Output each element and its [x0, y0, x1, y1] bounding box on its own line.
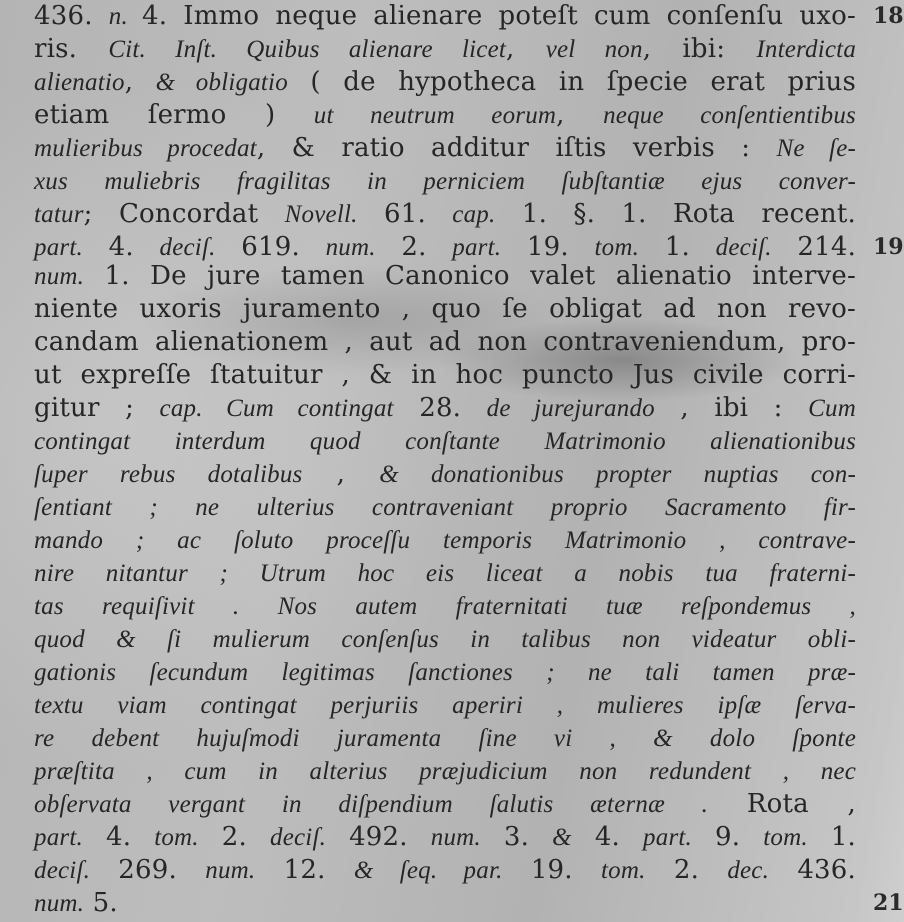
text-line: textu viam contingat perjuriis aperiri ,… [34, 689, 856, 722]
roman-run: 1. De jure tamen Canonico valet alienati… [84, 261, 856, 291]
text-line: nire nitantur ; Utrum hoc eis liceat a n… [34, 557, 856, 590]
italic-run: ut neutrum eorum [314, 102, 556, 129]
roman-run: 1. [808, 822, 856, 852]
text-line: etiam ſermo ) ut neutrum eorum, neque co… [34, 99, 856, 132]
text-line: re debent hujuſmodi juramenta ſine vi , … [34, 722, 856, 755]
roman-run: , ibi : [655, 393, 808, 423]
italic-run: & donationibus propter nuptias con- [379, 461, 856, 488]
italic-run: num. [34, 890, 84, 917]
margin-number: 19 [873, 234, 904, 260]
text-line: contingat interdum quod conſtante Matrim… [34, 425, 856, 458]
italic-run: Ne ſe- [777, 135, 856, 162]
roman-run: niente uxoris juramento , quo ſe obligat… [34, 294, 856, 324]
roman-run: etiam ſermo ) [34, 100, 314, 130]
italic-run: Cit. Inſt. Quibus alienare licet [108, 36, 506, 63]
scanned-book-page: 436. n. 4. Immo neque alienare poteſt cu… [0, 0, 904, 922]
roman-run: ( de hypotheca in ſpecie erat prius [288, 67, 856, 97]
italic-run: alienatio [34, 69, 125, 96]
margin-number: 18 [873, 3, 904, 29]
text-line: num. 1. De jure tamen Canonico valet ali… [34, 260, 856, 293]
roman-run: 4. Immo neque alienare poteſt cum conſen… [142, 1, 856, 31]
italic-run: tas requiſivit . Nos autem fraternitati … [34, 593, 856, 620]
roman-run: ; Concordat [84, 199, 285, 229]
roman-run: , [125, 67, 156, 97]
roman-run: 2. [376, 232, 453, 262]
text-line: mulieribus procedat, & ratio additur iſt… [34, 132, 856, 165]
text-line: niente uxoris juramento , quo ſe obligat… [34, 293, 856, 326]
roman-run: 61. [358, 199, 453, 229]
italic-run: ſentiant ; ne ulterius contraveniant pro… [34, 494, 856, 521]
text-line: ut expreſſe ſtatuitur , & in hoc puncto … [34, 359, 856, 392]
roman-run: gitur ; [34, 393, 160, 423]
text-line: gitur ; cap. Cum contingat 28. de jureju… [34, 392, 856, 425]
italic-run: tatur [34, 201, 84, 228]
text-line: præſtita , cum in alterius præjudicium n… [34, 755, 856, 788]
roman-run: 3. [481, 822, 552, 852]
italic-run: part. [452, 234, 501, 261]
italic-run: num. [34, 263, 84, 290]
italic-run: tom. [595, 234, 640, 261]
italic-run: dec. [727, 857, 769, 884]
italic-run: contingat interdum quod conſtante Matrim… [34, 428, 856, 455]
italic-run: num. [326, 234, 376, 261]
italic-run: præſtita , cum in alterius præjudicium n… [34, 758, 856, 785]
italic-run: gationis ſecundum legitimas ſanctiones ;… [34, 659, 856, 686]
italic-run: deciſ. [270, 824, 326, 851]
italic-run: de jurejurando [487, 395, 655, 422]
text-line: num. 5. [34, 887, 856, 920]
roman-run: 436. [34, 1, 109, 31]
roman-run: , [556, 100, 603, 130]
text-line: 436. n. 4. Immo neque alienare poteſt cu… [34, 0, 856, 33]
italic-run: Interdicta [756, 36, 856, 63]
text-line: gationis ſecundum legitimas ſanctiones ;… [34, 656, 856, 689]
roman-run: 2. [646, 855, 728, 885]
text-line: deciſ. 269. num. 12. & ſeq. par. 19. tom… [34, 854, 856, 887]
roman-run: 1. [639, 232, 716, 262]
italic-run: nire nitantur ; Utrum hoc eis liceat a n… [34, 560, 856, 587]
italic-run: cap. Cum contingat [160, 395, 394, 422]
roman-run: 12. [255, 855, 353, 885]
roman-run: 4. [572, 822, 643, 852]
roman-run: 436. [769, 855, 856, 885]
roman-run: 5. [84, 888, 118, 918]
text-line: candam alienationem , aut ad non contrav… [34, 326, 856, 359]
italic-run: part. [34, 824, 83, 851]
text-line: quod & ſi mulierum conſenſus in talibus … [34, 623, 856, 656]
italic-run: mando ; ac ſoluto proceſſu temporis Matr… [34, 527, 856, 554]
italic-run: num. [431, 824, 481, 851]
roman-run: 28. [394, 393, 487, 423]
italic-run: Novell. [285, 201, 358, 228]
roman-run: , ibi: [643, 34, 757, 64]
italic-run: deciſ. [716, 234, 772, 261]
italic-run: part. [34, 234, 83, 261]
italic-run: neque conſentientibus [603, 102, 856, 129]
italic-run: re debent hujuſmodi juramenta ſine vi , … [34, 725, 856, 752]
italic-run: obſervata vergant in diſpendium ſalutis … [34, 791, 708, 818]
italic-run: num. [205, 857, 255, 884]
text-line: alienatio, & obligatio ( de hypotheca in… [34, 66, 856, 99]
roman-run: , [506, 34, 546, 64]
roman-run: 19. [501, 232, 594, 262]
italic-run: ſuper rebus dotalibus [34, 461, 302, 488]
text-line: obſervata vergant in diſpendium ſalutis … [34, 788, 856, 821]
italic-run: tom. [154, 824, 199, 851]
italic-run: xus muliebris fragilitas in perniciem ſu… [34, 168, 856, 195]
italic-run: & ſeq. par. [354, 857, 503, 884]
italic-run: tom. [763, 824, 808, 851]
italic-run: cap. [452, 201, 495, 228]
roman-run: ut expreſſe ſtatuitur , & in hoc puncto … [34, 360, 856, 390]
roman-run: 4. [83, 822, 154, 852]
text-line: mando ; ac ſoluto proceſſu temporis Matr… [34, 524, 856, 557]
text-line: xus muliebris fragilitas in perniciem ſu… [34, 165, 856, 198]
italic-run: textu viam contingat perjuriis aperiri ,… [34, 692, 856, 719]
italic-run: quod & ſi mulierum conſenſus in talibus … [34, 626, 856, 653]
text-line: tatur; Concordat Novell. 61. cap. 1. §. … [34, 198, 856, 231]
text-line: tas requiſivit . Nos autem fraternitati … [34, 590, 856, 623]
italic-run: deciſ. [34, 857, 90, 884]
roman-run: ris. [34, 34, 108, 64]
roman-run: 619. [216, 232, 326, 262]
italic-run: part. [643, 824, 692, 851]
text-line: ſentiant ; ne ulterius contraveniant pro… [34, 491, 856, 524]
italic-run: n. [109, 3, 142, 30]
text-line: ris. Cit. Inſt. Quibus alienare licet, v… [34, 33, 856, 66]
roman-run: 2. [199, 822, 270, 852]
roman-run: 1. §. 1. Rota recent. [495, 199, 856, 229]
italic-run: vel non [546, 36, 643, 63]
roman-run: 492. [326, 822, 431, 852]
roman-run: candam alienationem , aut ad non contrav… [34, 327, 856, 357]
text-line: ſuper rebus dotalibus , & donationibus p… [34, 458, 856, 491]
roman-run: 9. [692, 822, 763, 852]
roman-run: 269. [90, 855, 205, 885]
margin-number: 21 [873, 890, 904, 916]
italic-run: & obligatio [156, 69, 288, 96]
roman-run: , [302, 459, 379, 489]
italic-run: mulieribus procedat [34, 135, 257, 162]
roman-run: , & ratio additur iſtis verbis : [257, 133, 777, 163]
text-line: part. 4. tom. 2. deciſ. 492. num. 3. & 4… [34, 821, 856, 854]
roman-run: 4. [83, 232, 160, 262]
italic-run: & [552, 824, 572, 851]
italic-run: tom. [601, 857, 646, 884]
roman-run: Rota , [708, 789, 856, 819]
italic-run: deciſ. [160, 234, 216, 261]
roman-run: 19. [503, 855, 601, 885]
italic-run: Cum [808, 395, 856, 422]
roman-run: 214. [772, 232, 856, 262]
